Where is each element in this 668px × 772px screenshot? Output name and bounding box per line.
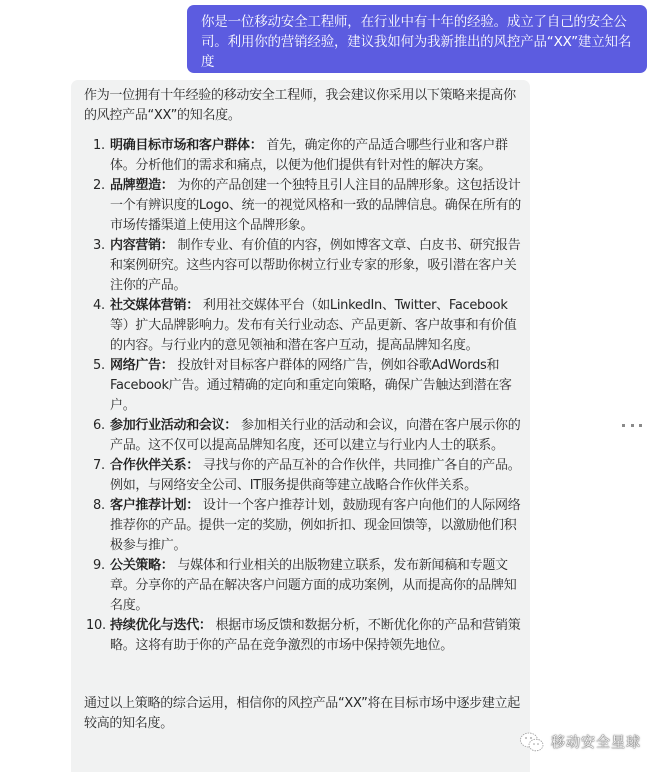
list-number: 10. bbox=[86, 616, 108, 636]
assistant-outro: 通过以上策略的综合运用，相信你的风控产品“XX”将在目标市场中逐步建立起较高的知… bbox=[84, 694, 522, 734]
list-number: 9. bbox=[93, 556, 109, 576]
ellipsis-icon bbox=[631, 424, 634, 427]
item-title: 合作伙伴关系： bbox=[110, 458, 199, 473]
list-number: 7. bbox=[93, 456, 109, 476]
list-item: 4. 社交媒体营销：利用社交媒体平台（如LinkedIn、Twitter、Fac… bbox=[84, 296, 522, 356]
list-item: 7. 合作伙伴关系：寻找与你的产品互补的合作伙伴，共同推广各自的产品。例如，与网… bbox=[84, 456, 522, 496]
list-number: 6. bbox=[93, 416, 109, 436]
assistant-intro: 作为一位拥有十年经验的移动安全工程师，我会建议你采用以下策略来提高你的风控产品“… bbox=[84, 86, 522, 126]
watermark-text: 移动安全星球 bbox=[551, 732, 641, 752]
list-number: 2. bbox=[93, 176, 109, 196]
item-title: 内容营销： bbox=[110, 238, 174, 253]
user-message-bubble: 你是一位移动安全工程师，在行业中有十年的经验。成立了自己的安全公司。利用你的营销… bbox=[187, 5, 647, 73]
wechat-icon bbox=[519, 731, 545, 753]
item-title: 客户推荐计划： bbox=[110, 498, 199, 513]
list-item: 9. 公关策略：与媒体和行业相关的出版物建立联系，发布新闻稿和专题文章。分享你的… bbox=[84, 556, 522, 616]
list-item: 2. 品牌塑造：为你的产品创建一个独特且引人注目的品牌形象。这包括设计一个有辨识… bbox=[84, 176, 522, 236]
item-title: 公关策略： bbox=[110, 558, 174, 573]
assistant-message-bubble: 作为一位拥有十年经验的移动安全工程师，我会建议你采用以下策略来提高你的风控产品“… bbox=[71, 80, 530, 772]
user-message-text: 你是一位移动安全工程师，在行业中有十年的经验。成立了自己的安全公司。利用你的营销… bbox=[201, 14, 631, 70]
item-title: 网络广告： bbox=[110, 358, 174, 373]
list-number: 4. bbox=[93, 296, 109, 316]
watermark: 移动安全星球 bbox=[519, 731, 641, 753]
item-title: 社交媒体营销： bbox=[110, 298, 199, 313]
item-title: 品牌塑造： bbox=[110, 178, 174, 193]
list-number: 5. bbox=[93, 356, 109, 376]
list-item: 5. 网络广告：投放针对目标客户群体的网络广告，例如谷歌AdWords和Face… bbox=[84, 356, 522, 416]
list-number: 1. bbox=[93, 136, 109, 156]
list-item: 6. 参加行业活动和会议：参加相关行业的活动和会议，向潜在客户展示你的产品。这不… bbox=[84, 416, 522, 456]
list-item: 3. 内容营销：制作专业、有价值的内容，例如博客文章、白皮书、研究报告和案例研究… bbox=[84, 236, 522, 296]
list-item: 8. 客户推荐计划：设计一个客户推荐计划，鼓励现有客户向他们的人际网络推荐你的产… bbox=[84, 496, 522, 556]
list-number: 3. bbox=[93, 236, 109, 256]
ellipsis-icon bbox=[639, 424, 642, 427]
list-item: 1. 明确目标市场和客户群体：首先，确定你的产品适合哪些行业和客户群体。分析他们… bbox=[84, 136, 522, 176]
item-title: 参加行业活动和会议： bbox=[110, 418, 237, 433]
list-number: 8. bbox=[93, 496, 109, 516]
list-item: 10. 持续优化与迭代：根据市场反馈和数据分析，不断优化你的产品和营销策略。这将… bbox=[84, 616, 522, 656]
item-title: 明确目标市场和客户群体： bbox=[110, 138, 262, 153]
item-title: 持续优化与迭代： bbox=[110, 618, 212, 633]
ellipsis-icon bbox=[622, 424, 625, 427]
strategy-list: 1. 明确目标市场和客户群体：首先，确定你的产品适合哪些行业和客户群体。分析他们… bbox=[84, 136, 522, 656]
more-options-button[interactable] bbox=[622, 419, 642, 431]
